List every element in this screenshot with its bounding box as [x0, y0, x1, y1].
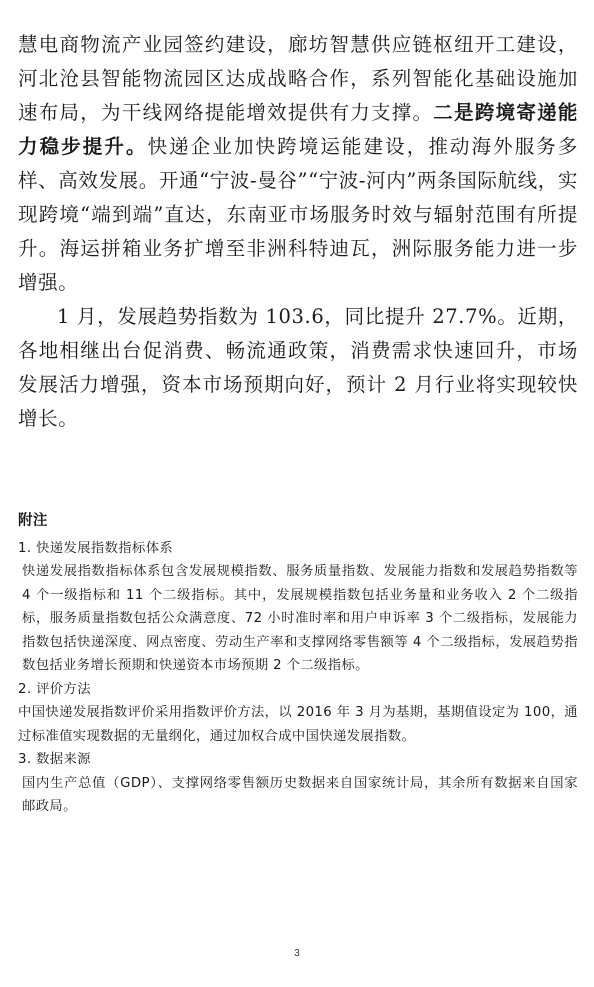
note-heading-evaluation-method: 2. 评价方法 [18, 678, 578, 702]
paragraph-cross-border: 慧电商物流产业园签约建设，廊坊智慧供应链枢纽开工建设，河北沧县智能物流园区达成战… [18, 28, 578, 300]
main-body-text: 慧电商物流产业园签约建设，廊坊智慧供应链枢纽开工建设，河北沧县智能物流园区达成战… [18, 28, 578, 436]
page-number: 3 [0, 948, 594, 959]
note-body-indicator-system: 快递发展指数指标体系包含发展规模指数、服务质量指数、发展能力指数和发展趋势指数等… [18, 560, 578, 678]
paragraph-text: 快递企业加快跨境运能建设，推动海外服务多样、高效发展。开通“宁波-曼谷”“宁波-… [18, 135, 578, 294]
note-heading-indicator-system: 1. 快递发展指数指标体系 [18, 537, 578, 561]
note-body-data-source: 国内生产总值（GDP）、支撑网络零售额历史数据来自国家统计局，其余所有数据来自国… [18, 772, 578, 819]
note-heading-data-source: 3. 数据来源 [18, 748, 578, 772]
document-page: 慧电商物流产业园签约建设，廊坊智慧供应链枢纽开工建设，河北沧县智能物流园区达成战… [0, 0, 594, 987]
paragraph-trend-index: 1 月，发展趋势指数为 103.6，同比提升 27.7%。近期，各地相继出台促消… [18, 300, 578, 436]
note-body-evaluation-method: 中国快递发展指数评价采用指数评价方法，以 2016 年 3 月为基期，基期值设定… [18, 701, 578, 748]
notes-section: 附注 1. 快递发展指数指标体系 快递发展指数指标体系包含发展规模指数、服务质量… [18, 510, 578, 819]
notes-title: 附注 [18, 510, 578, 534]
